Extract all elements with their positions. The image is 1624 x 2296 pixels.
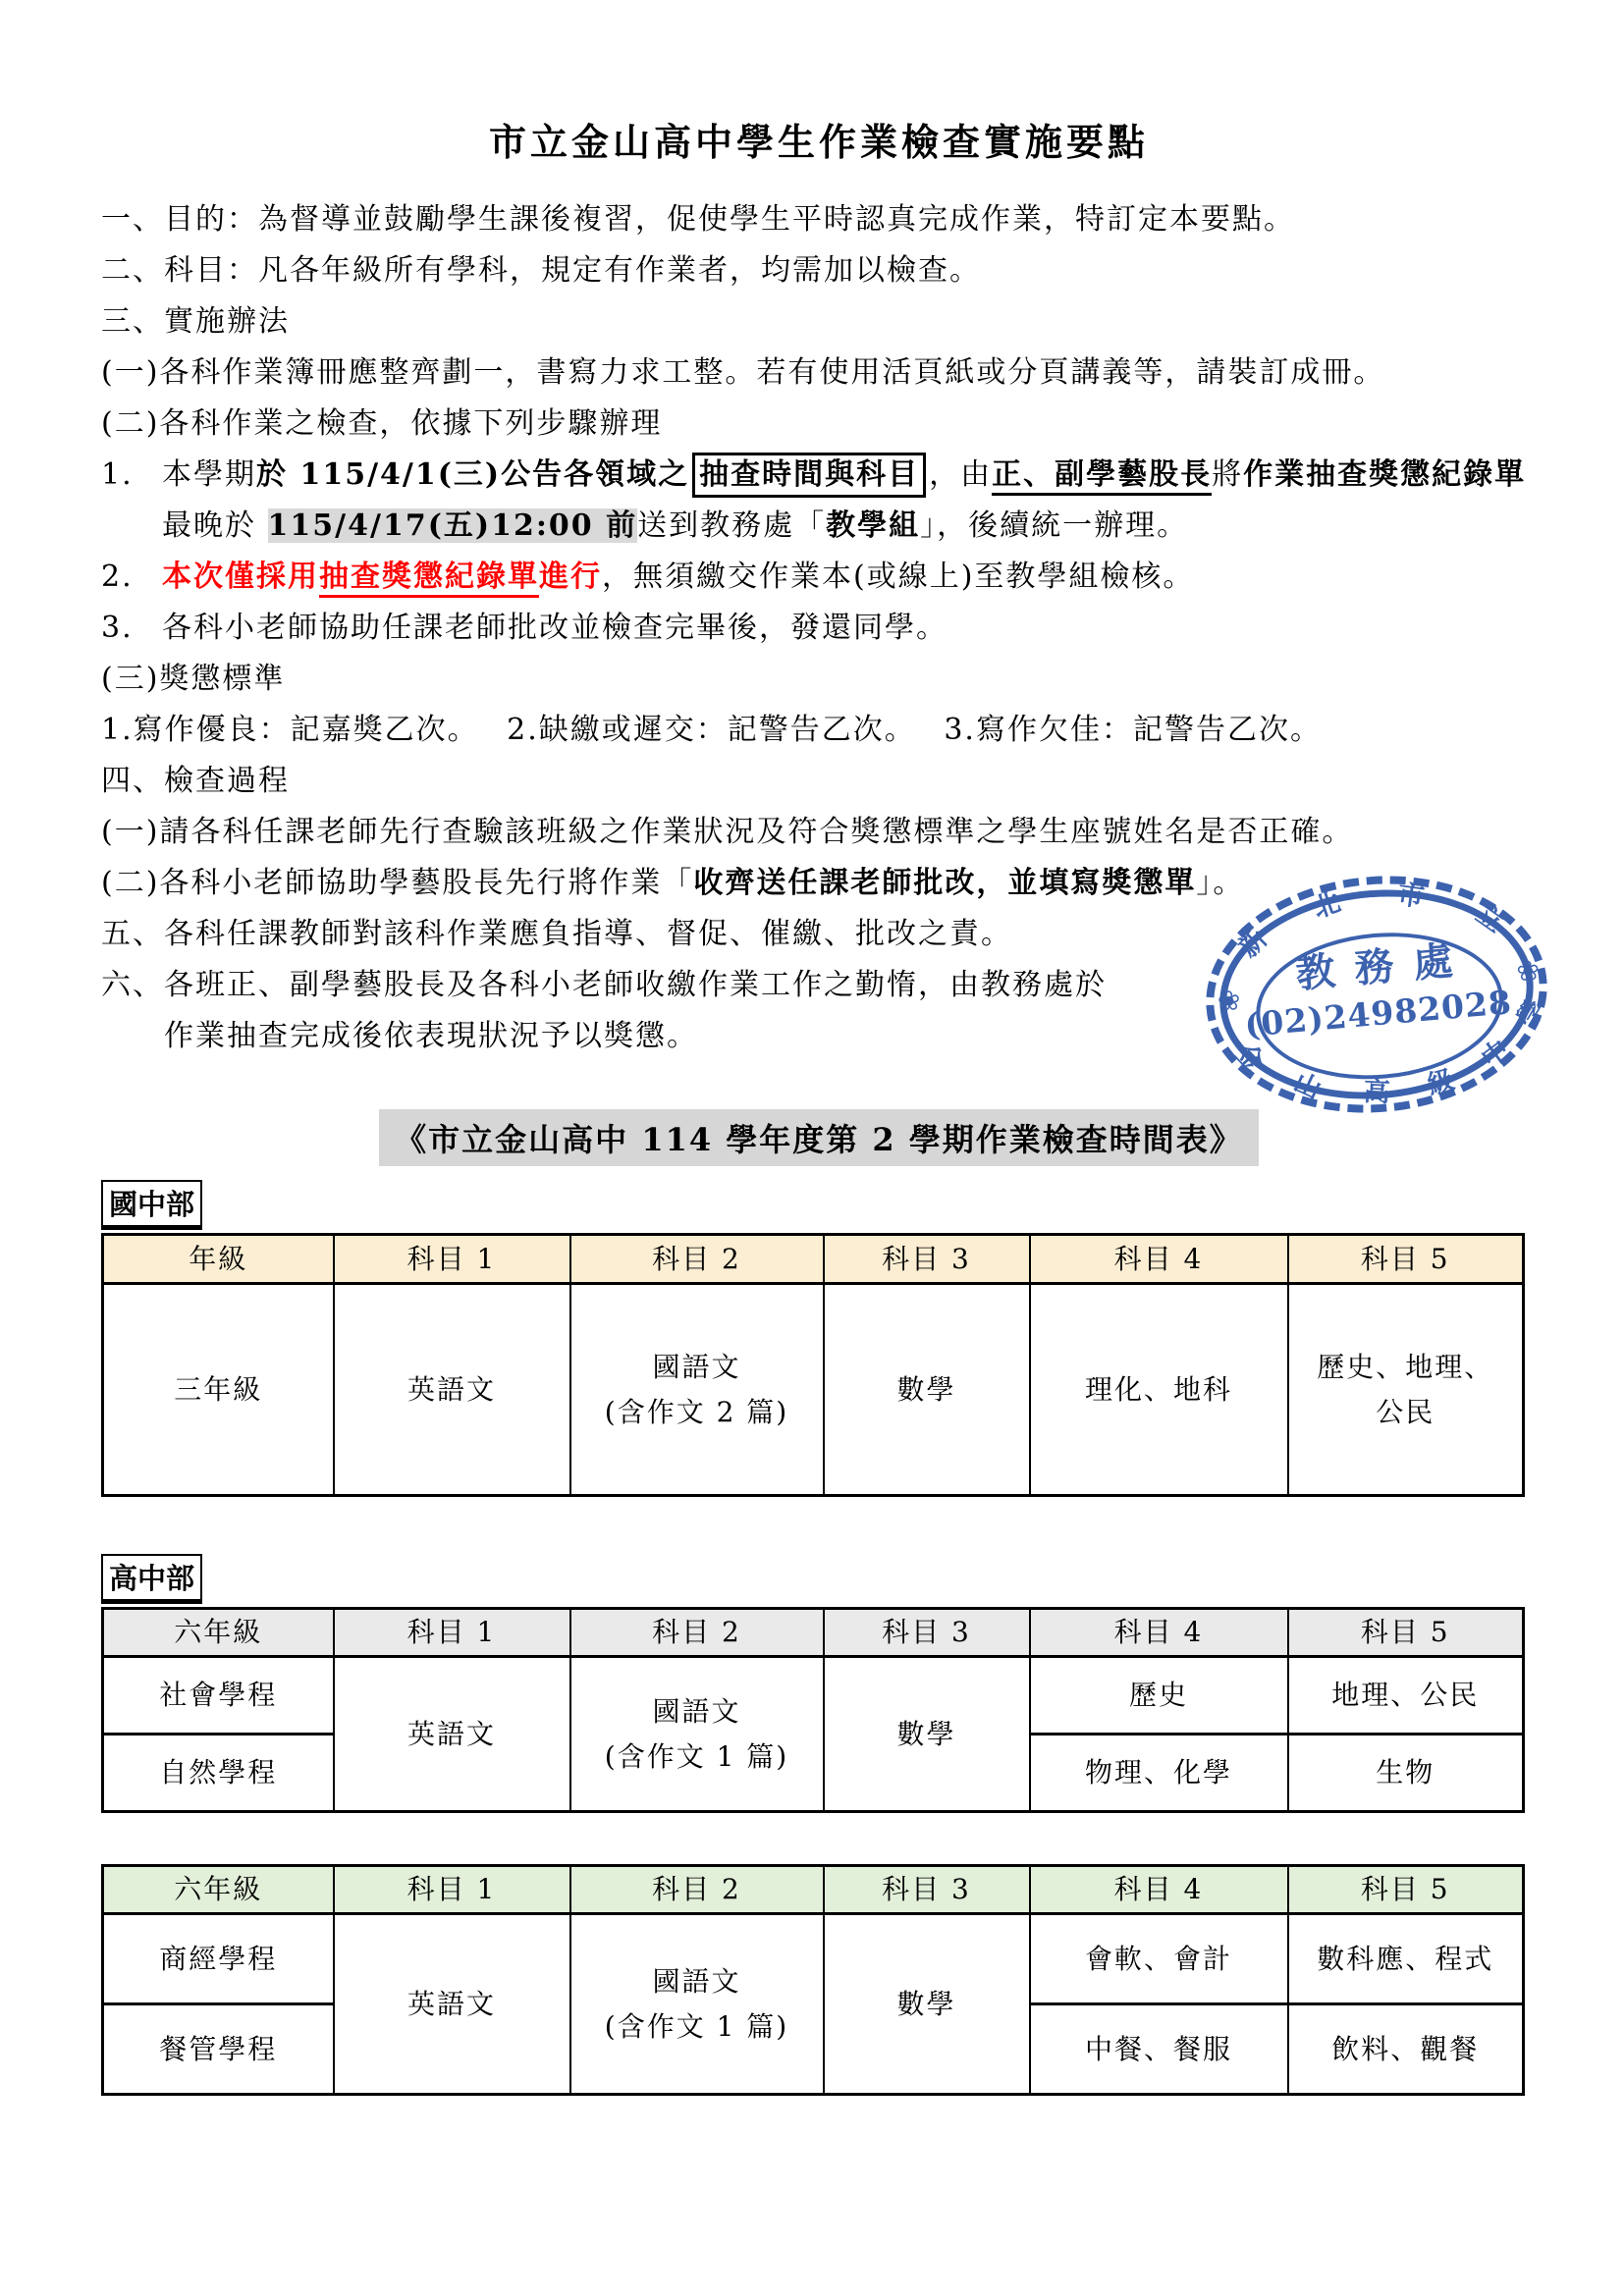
cell-subject5: 飲料、觀餐 [1288,2004,1524,2095]
rule-purpose: 一、目的：為督導並鼓勵學生課後複習，促使學生平時認真完成作業，特訂定本要點。 [101,194,1537,245]
cell-subject4: 物理、化學 [1030,1735,1288,1812]
step-1-send: 送到教務處「 [637,508,826,543]
cell-subject5: 數科應、程式 [1288,1914,1524,2004]
vocational-row-business: 商經學程 英語文 國語文 (含作文 1 篇) 數學 會軟、會計 數科應、程式 [103,1914,1524,2004]
vocational-table: 六年級 科目 1 科目 2 科目 3 科目 4 科目 5 商經學程 英語文 國語… [101,1864,1525,2096]
step-1-record-sheet: 作業抽查獎懲紀錄單 [1243,457,1526,492]
cell-subject3: 數學 [824,1657,1030,1812]
reward-standards-text: 1.寫作優良：記嘉獎乙次。 2.缺繳或遲交：記警告乙次。 3.寫作欠佳：記警告乙… [101,713,1322,747]
cell-subject2: 國語文 (含作文 1 篇) [570,1657,824,1812]
header-cell-subject5: 科目 5 [1288,1866,1524,1914]
cell-grade: 三年級 [103,1284,334,1496]
impl-item-3: (三)獎懲標準 [101,654,1537,705]
rule-diligence-line1: 各班正、副學藝股長及各科小老師收繳作業工作之勤惰，由教務處於 [164,960,1107,1011]
step-1: 1. 本學期於 115/4/1(三)公告各領域之抽查時間與科目，由正、副學藝股長… [101,450,1537,552]
step-2-number: 2. [101,552,162,603]
rule-teacher-duty-text: 五、各科任課教師對該科作業應負指導、督促、催繳、批改之責。 [101,917,1012,951]
step-1-end: 」，後續統一辦理。 [920,508,1188,543]
process-item-1: (一)請各科任課老師先行查驗該班級之作業狀況及符合獎懲標準之學生座號姓名是否正確… [101,807,1537,858]
cell-program: 社會學程 [103,1657,334,1735]
step-3: 3. 各科小老師協助任課老師批改並檢查完畢後，發還同學。 [101,603,1537,654]
header-cell-subject1: 科目 1 [334,1609,570,1657]
stamp-arc-char: 市 [1396,881,1426,911]
cell-subject5: 歷史、地理、 公民 [1288,1284,1524,1496]
junior-section: 國中部 年級 科目 1 科目 2 科目 3 科目 4 科目 5 三年級 [101,1166,1537,1497]
document-page: 市立金山高中學生作業檢查實施要點 一、目的：為督導並鼓勵學生課後複習，促使學生平… [0,0,1624,2296]
schedule-heading-wrap: 《市立金山高中 114 學年度第 2 學期作業檢查時間表》 [101,1109,1537,1166]
header-cell-subject2: 科目 2 [570,1866,824,1914]
cell-subject3: 數學 [824,1284,1030,1496]
header-cell-grade: 年級 [103,1235,334,1284]
cell-program: 餐管學程 [103,2004,334,2095]
step-2-red-text: 本次僅採用 [162,560,319,594]
impl-item-1: (一)各科作業簿冊應整齊劃一，書寫力求工整。若有使用活頁紙或分頁講義等，請裝訂成… [101,347,1537,399]
rule-process: 四、檢查過程 [101,756,1537,807]
rule-purpose-text: 一、目的：為督導並鼓勵學生課後複習，促使學生平時認真完成作業，特訂定本要點。 [101,202,1295,237]
step-3-number: 3. [101,603,162,654]
cell-program: 商經學程 [103,1914,334,2004]
cell-subject5: 地理、公民 [1288,1657,1524,1735]
step-1-group: 教學組 [826,508,920,543]
header-cell-subject4: 科目 4 [1030,1609,1288,1657]
doc-title: 市立金山高中學生作業檢查實施要點 [101,116,1537,169]
rule-implementation: 三、實施辦法 [101,296,1537,347]
step-1-jiang: 將 [1212,457,1243,492]
step-2-body: 本次僅採用抽查獎懲紀錄單進行，無須繳交作業本(或線上)至教學組檢核。 [162,552,1537,603]
impl-item-2-text: (二)各科作業之檢查，依據下列步驟辦理 [101,406,662,441]
impl-item-2: (二)各科作業之檢查，依據下列步驟辦理 [101,399,1537,450]
header-cell-subject3: 科目 3 [824,1235,1030,1284]
step-3-body: 各科小老師協助任課老師批改並檢查完畢後，發還同學。 [162,603,1537,654]
header-cell-grade: 六年級 [103,1609,334,1657]
impl-item-1-text: (一)各科作業簿冊應整齊劃一，書寫力求工整。若有使用活頁紙或分頁講義等，請裝訂成… [101,355,1384,390]
rule-subjects-text: 二、科目：凡各年級所有學科，規定有作業者，均需加以檢查。 [101,253,981,288]
schedule-heading: 《市立金山高中 114 學年度第 2 學期作業檢查時間表》 [379,1109,1259,1166]
junior-table: 年級 科目 1 科目 2 科目 3 科目 4 科目 5 三年級 英語文 國語文 … [101,1233,1525,1497]
step-1-pre: 本學期 [162,457,256,492]
header-cell-subject2: 科目 2 [570,1609,824,1657]
cell-program: 自然學程 [103,1735,334,1812]
cell-subject1: 英語文 [334,1284,570,1496]
step-1-body: 本學期於 115/4/1(三)公告各領域之抽查時間與科目，由正、副學藝股長將作業… [162,450,1537,552]
header-cell-subject3: 科目 3 [824,1609,1030,1657]
senior-section: 高中部 六年級 科目 1 科目 2 科目 3 科目 4 科目 5 社會學程 [101,1497,1537,1813]
rule-process-text: 四、檢查過程 [101,764,290,798]
cell-subject1: 英語文 [334,1914,570,2095]
senior-section-label: 高中部 [101,1554,202,1601]
step-2-rest: ，無須繳交作業本(或線上)至教學組檢核。 [602,560,1194,594]
header-cell-subject5: 科目 5 [1288,1609,1524,1657]
step-1-comma: ，由 [929,457,992,492]
step-2: 2. 本次僅採用抽查獎懲紀錄單進行，無須繳交作業本(或線上)至教學組檢核。 [101,552,1537,603]
senior-row-social: 社會學程 英語文 國語文 (含作文 1 篇) 數學 歷史 地理、公民 [103,1657,1524,1735]
step-1-number: 1. [101,450,162,552]
cell-subject4: 理化、地科 [1030,1284,1288,1496]
step-2-red-underline: 抽查獎懲紀錄單 [319,560,539,598]
cell-subject4: 會軟、會計 [1030,1914,1288,2004]
reward-standards: 1.寫作優良：記嘉獎乙次。 2.缺繳或遲交：記警告乙次。 3.寫作欠佳：記警告乙… [101,705,1537,756]
process-item-2-bold: 收齊送任課老師批改，並填寫獎懲單 [693,866,1196,900]
process-item-1-text: (一)請各科任課老師先行查驗該班級之作業狀況及符合獎懲標準之學生座號姓名是否正確… [101,815,1353,849]
header-cell-subject3: 科目 3 [824,1866,1030,1914]
header-cell-subject1: 科目 1 [334,1235,570,1284]
step-1-latest: 最晚於 [162,508,268,543]
cell-subject4: 歷史 [1030,1657,1288,1735]
rule-implementation-text: 三、實施辦法 [101,304,290,339]
senior-table: 六年級 科目 1 科目 2 科目 3 科目 4 科目 5 社會學程 英語文 國語… [101,1607,1525,1813]
senior-header-row: 六年級 科目 1 科目 2 科目 3 科目 4 科目 5 [103,1609,1524,1657]
step-1-announce-date: 於 115/4/1(三)公告各領域之 [256,457,689,492]
rule-diligence-body: 各班正、副學藝股長及各科小老師收繳作業工作之勤惰，由教務處於作業抽查完成後依表現… [164,960,1107,1062]
cell-subject3: 數學 [824,1914,1030,2095]
junior-data-row: 三年級 英語文 國語文 (含作文 2 篇) 數學 理化、地科 歷史、地理、 公民 [103,1284,1524,1496]
cell-subject1: 英語文 [334,1657,570,1812]
rule-subjects: 二、科目：凡各年級所有學科，規定有作業者，均需加以檢查。 [101,245,1537,296]
header-cell-subject2: 科目 2 [570,1235,824,1284]
vocational-header-row: 六年級 科目 1 科目 2 科目 3 科目 4 科目 5 [103,1866,1524,1914]
header-cell-subject1: 科目 1 [334,1866,570,1914]
cell-subject5: 生物 [1288,1735,1524,1812]
cell-subject2: 國語文 (含作文 1 篇) [570,1914,824,2095]
junior-section-label: 國中部 [101,1180,202,1227]
cell-subject2: 國語文 (含作文 2 篇) [570,1284,824,1496]
step-1-deadline: 115/4/17(五)12:00 前 [268,508,638,543]
impl-item-3-text: (三)獎懲標準 [101,662,285,696]
header-cell-subject5: 科目 5 [1288,1235,1524,1284]
rule-diligence-line2: 作業抽查完成後依表現狀況予以獎懲。 [164,1011,1107,1062]
stamp-arc-char: 高 [1363,1079,1390,1106]
header-cell-grade: 六年級 [103,1866,334,1914]
office-stamp: 新 北 市 立 金 山 高 級 中 學 ❀ ❀ 教務處 (02)24982028 [1196,862,1557,1126]
rule-diligence-marker: 六、 [101,960,164,1062]
step-1-officers: 正、副學藝股長 [992,457,1212,496]
process-item-2-pre: (二)各科小老師協助學藝股長先行將作業「 [101,866,693,900]
cell-subject4: 中餐、餐服 [1030,2004,1288,2095]
step-1-boxed-term: 抽查時間與科目 [692,453,926,498]
junior-header-row: 年級 科目 1 科目 2 科目 3 科目 4 科目 5 [103,1235,1524,1284]
step-2-red-text-2: 進行 [539,560,602,594]
header-cell-subject4: 科目 4 [1030,1866,1288,1914]
header-cell-subject4: 科目 4 [1030,1235,1288,1284]
